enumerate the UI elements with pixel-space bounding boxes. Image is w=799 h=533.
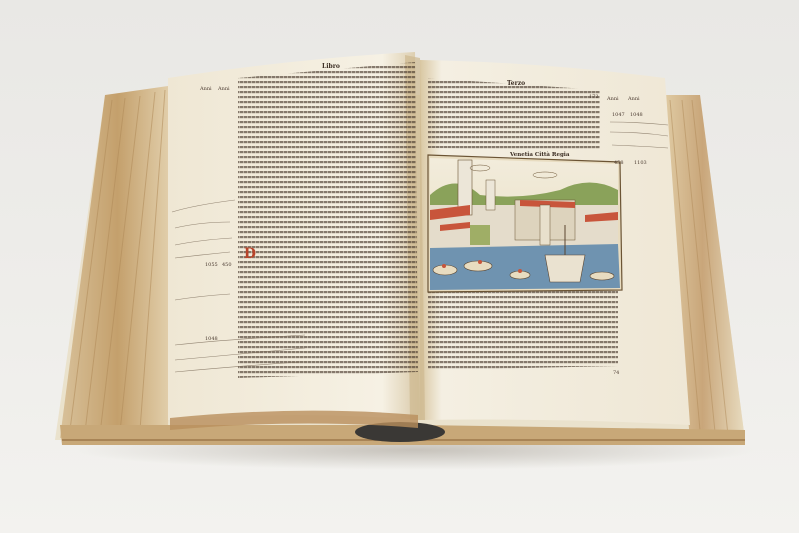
left-margin-heading-2: Anni [218,86,230,92]
left-running-head: Libro [322,63,340,70]
venice-woodcut-illustration [428,155,622,292]
left-margin-heading-1: Anni [200,86,212,92]
left-margin-number-2: 450 [222,262,232,268]
right-margin-number-4: 1103 [634,160,647,166]
folio-marker: 172 [589,94,599,100]
right-margin-heading-1: Anni [607,96,619,102]
right-margin-number-3: 458 [614,160,624,166]
right-margin-number-1: 1047 [612,112,625,118]
left-margin-number-1: 1055 [205,262,218,268]
right-margin-heading-2: Anni [628,96,640,102]
rubricated-initial: D [243,246,257,262]
open-book [0,0,799,533]
page-number: 74 [613,370,619,376]
right-running-head: Terzo [507,80,525,87]
left-margin-number-3: 1048 [205,336,218,342]
illustration-caption: Venetia Città Regia [510,152,569,158]
right-margin-number-2: 1048 [630,112,643,118]
